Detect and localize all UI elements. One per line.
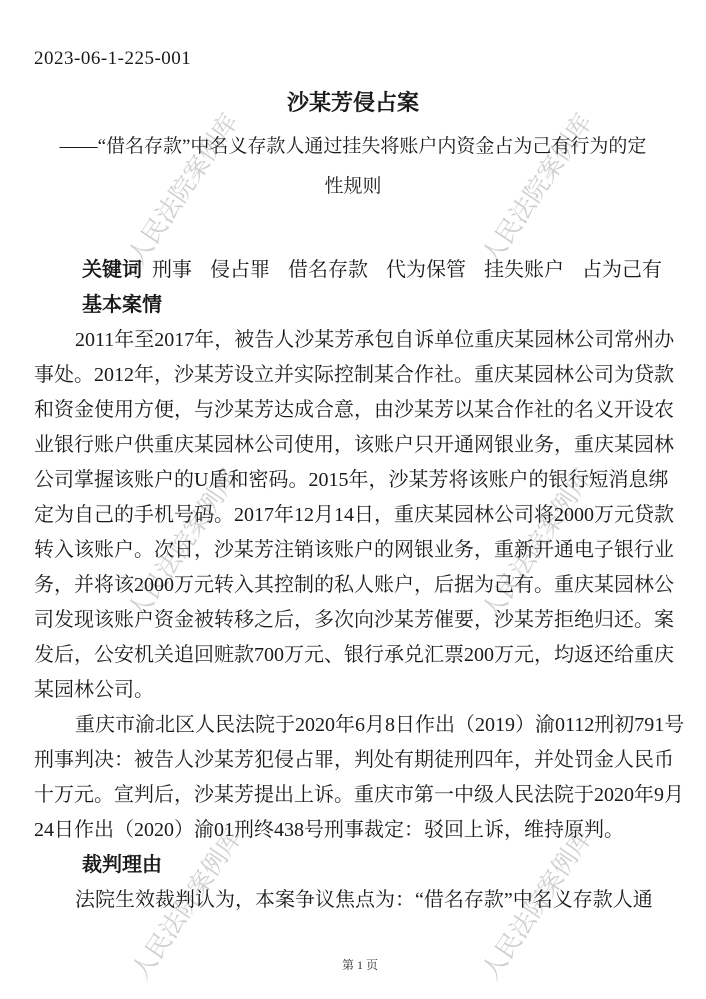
case-document: 2023-06-1-225-001 沙某芳侵占案 ——“借名存款”中名义存款人通… [0, 0, 706, 999]
body-paragraph: 重庆市渝北区人民法院于2020年6月8日作出（2019）渝0112刑初791号刑… [34, 708, 686, 848]
keyword-item: 刑事 [152, 259, 192, 281]
keyword-item: 挂失账户 [484, 259, 564, 281]
body-paragraph: 2011年至2017年，被告人沙某芳承包自诉单位重庆某园林公司常州办事处。201… [34, 323, 686, 708]
section-heading-judgment-reasons: 裁判理由 [34, 848, 686, 883]
body-paragraph: 法院生效裁判认为，本案争议焦点为：“借名存款”中名义存款人通 [34, 883, 686, 918]
keywords-label: 关键词 [82, 259, 142, 281]
section-heading-basic-facts: 基本案情 [34, 288, 686, 323]
keyword-item: 占为己有 [582, 259, 662, 281]
keywords-line: 关键词刑事侵占罪借名存款代为保管挂失账户占为己有 [34, 253, 686, 288]
document-body: 关键词刑事侵占罪借名存款代为保管挂失账户占为己有 基本案情 2011年至2017… [34, 253, 686, 918]
document-number: 2023-06-1-225-001 [34, 48, 706, 70]
case-title: 沙某芳侵占案 [0, 86, 706, 117]
keyword-item: 侵占罪 [210, 259, 270, 281]
case-subtitle: ——“借名存款”中名义存款人通过挂失将账户内资金占为己有行为的定性规则 [59, 127, 647, 207]
document-page: { "page": { "doc_number": "2023-06-1-225… [0, 0, 706, 999]
page-number: 第 1 页 [34, 956, 686, 973]
keyword-item: 代为保管 [386, 259, 466, 281]
keyword-item: 借名存款 [288, 259, 368, 281]
